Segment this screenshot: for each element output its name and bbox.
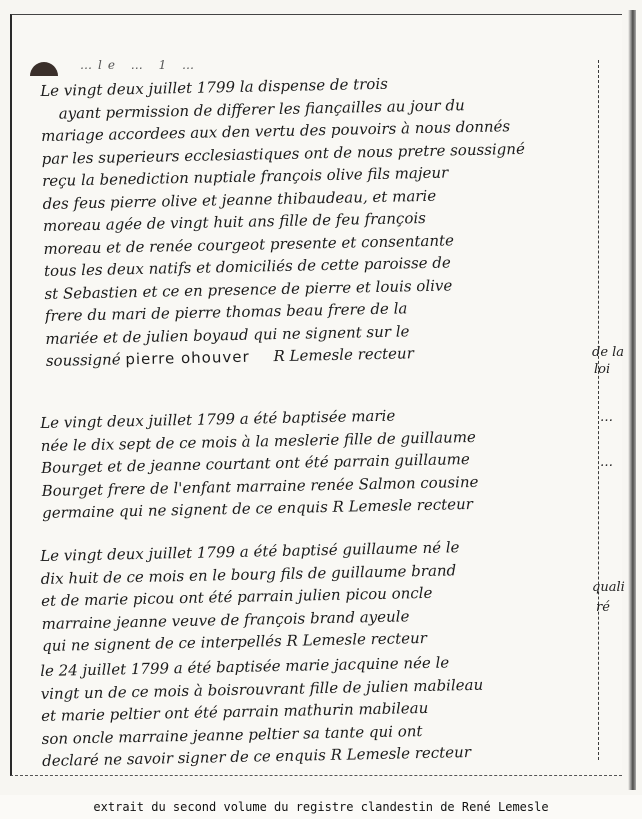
officiant-signature: R Lemesle recteur [273,344,414,365]
signature: pierre ohouver [125,348,250,369]
header-scrawl: …le … 1 … [80,58,200,72]
binding-edge [628,10,636,790]
margin-note: de la [592,345,624,360]
margin-note: quali [592,580,625,595]
margin-note: … [600,455,613,470]
register-entry-marriage: Le vingt deux juillet 1799 la dispense d… [40,69,576,373]
document-caption: extrait du second volume du registre cla… [0,800,642,814]
margin-note: … [600,410,613,425]
register-entry-baptism-3: le 24 juillet 1799 a été baptisée marie … [40,649,572,773]
entry-line: soussigné [46,350,121,370]
register-entry-baptism-2: Le vingt deux juillet 1799 a été baptisé… [40,534,572,658]
register-entry-baptism-1: Le vingt deux juillet 1799 a été baptisé… [40,401,572,525]
margin-note: ré [596,600,610,615]
margin-note: loi [594,362,610,377]
scanned-page: …le … 1 … Le vingt deux juillet 1799 la … [0,0,642,795]
